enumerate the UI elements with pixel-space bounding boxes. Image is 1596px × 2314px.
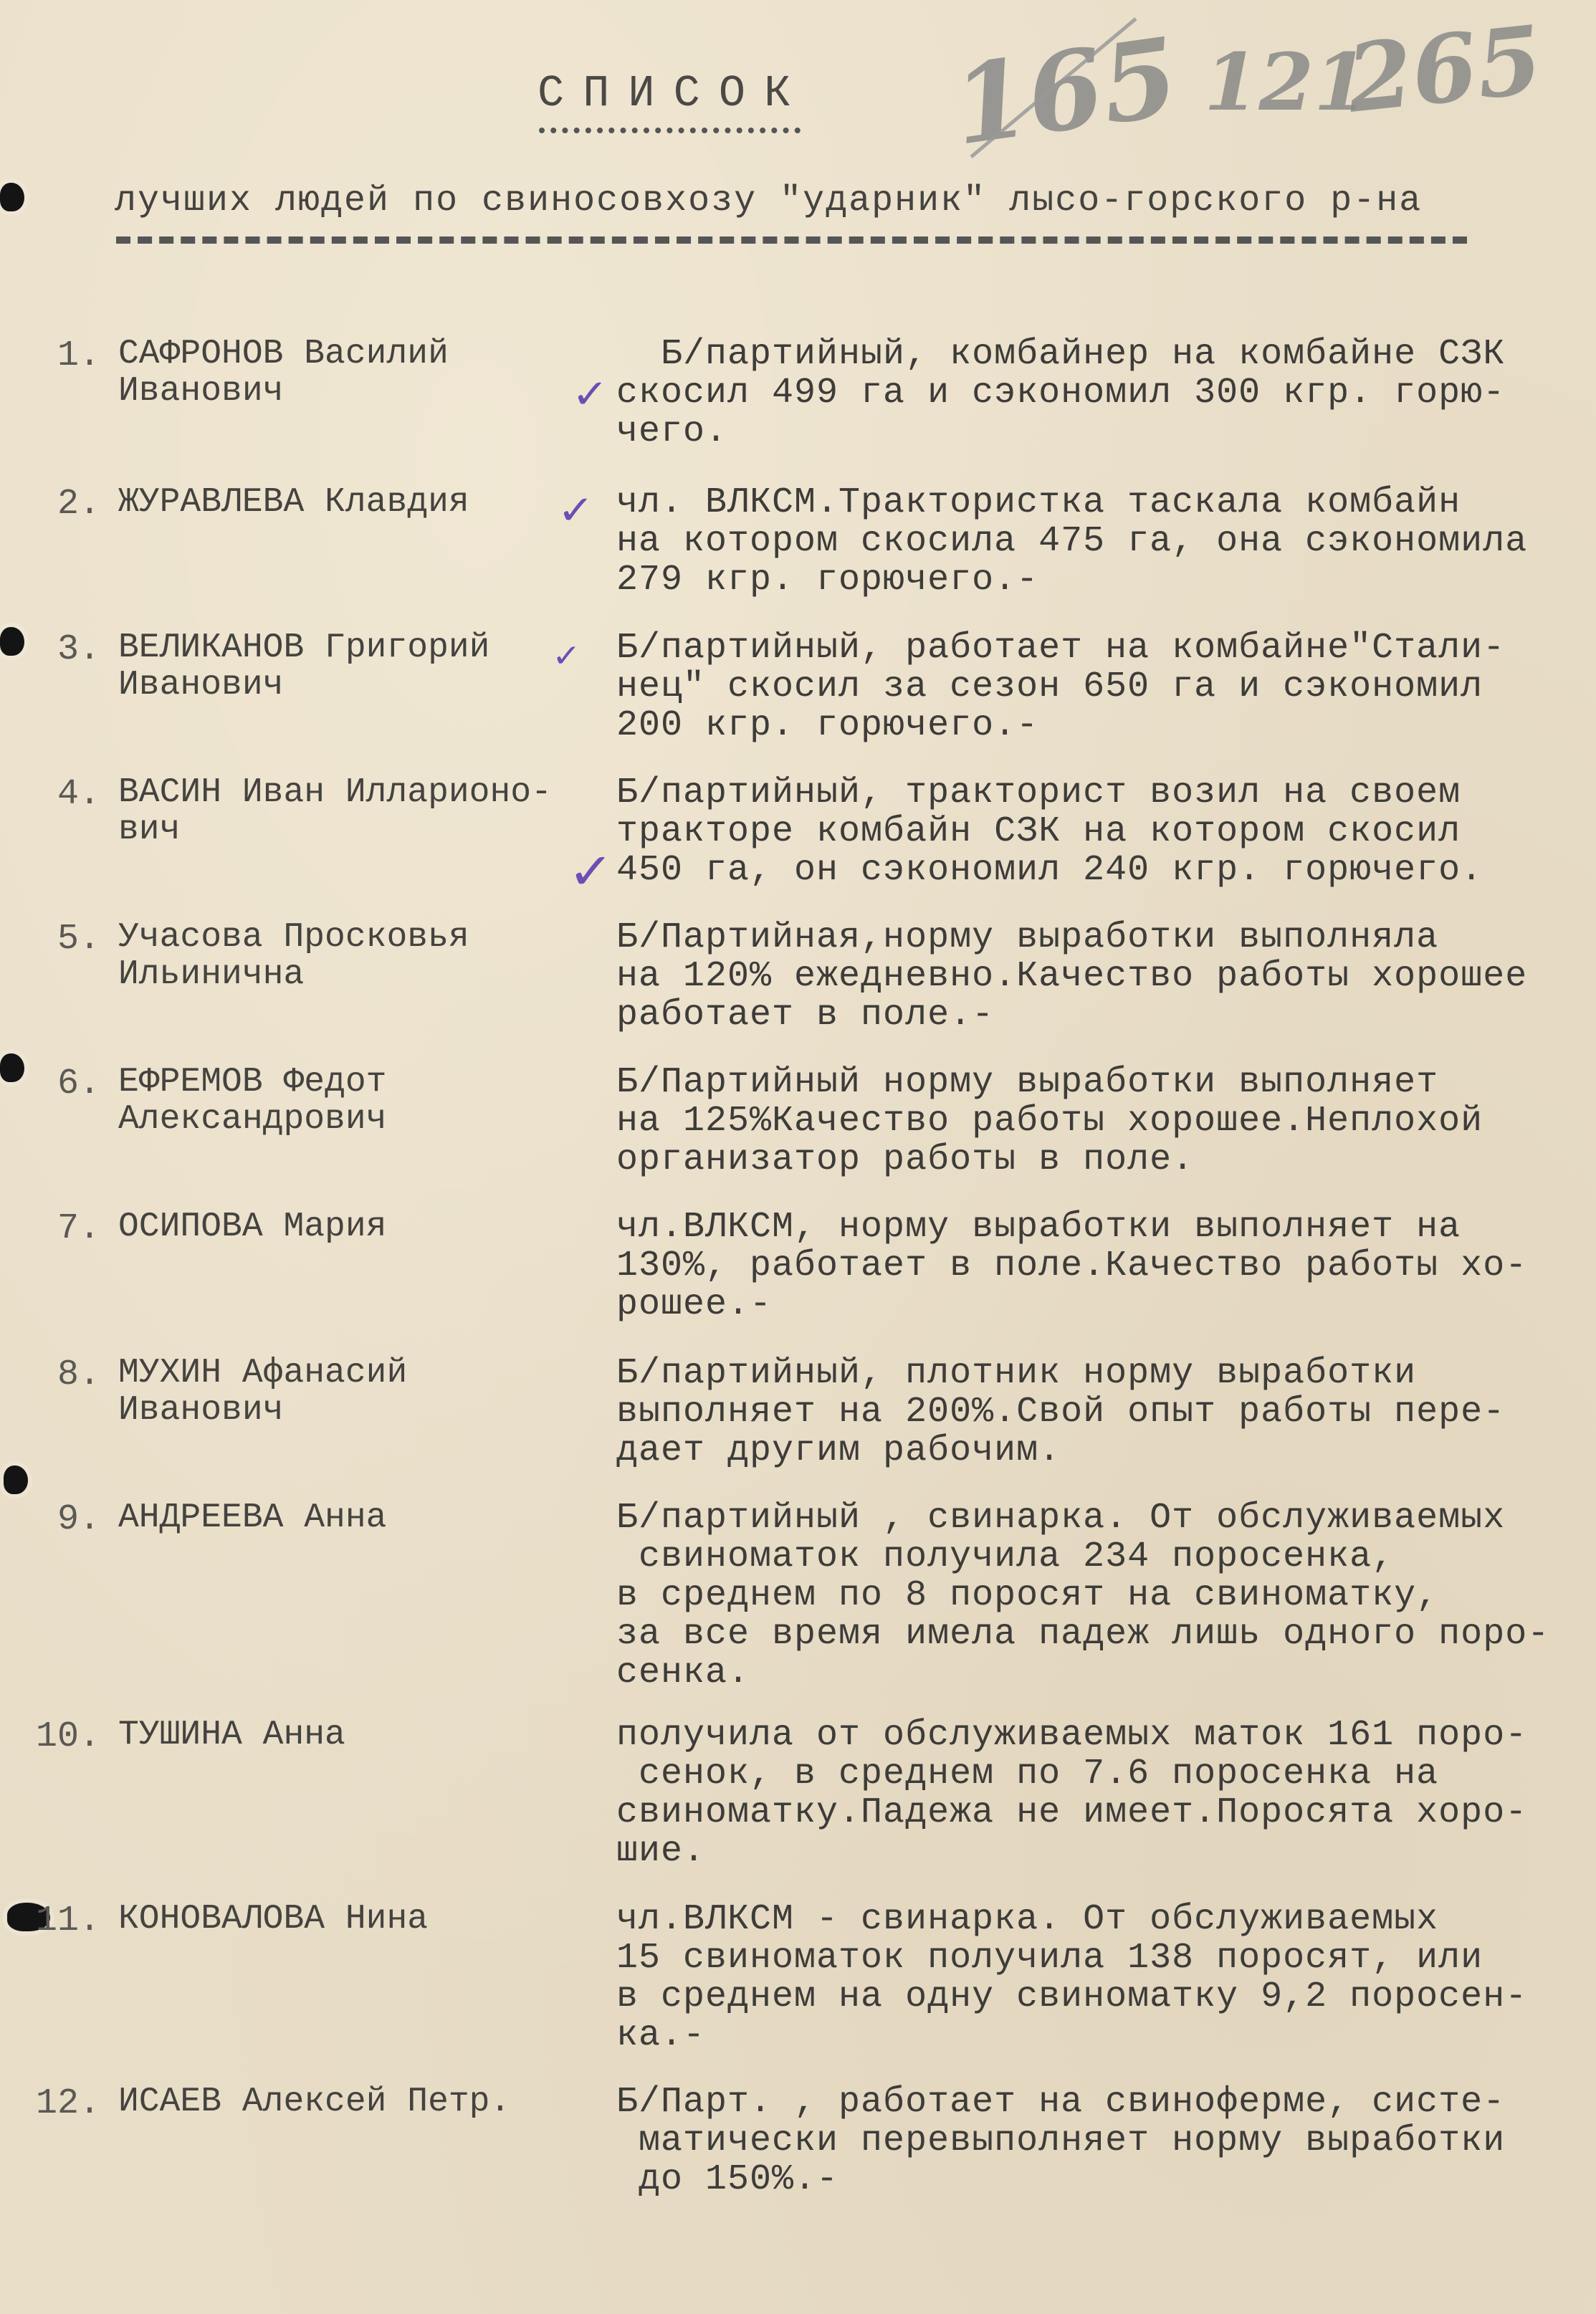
- entry-number: 7.: [0, 1208, 100, 1249]
- entry-number: 3.: [0, 629, 100, 670]
- subtitle-underline: [116, 236, 1467, 244]
- entry-name: ЖУРАВЛЕВА Клавдия: [118, 484, 620, 521]
- entry-number: 6.: [0, 1063, 100, 1104]
- entry-number: 8.: [0, 1354, 100, 1395]
- check-mark-icon: ✓: [568, 842, 614, 901]
- entry-name: ЕФРЕМОВ Федот Александрович: [118, 1063, 620, 1138]
- entry-name: ВЕЛИКАНОВ Григорий Иванович: [118, 629, 620, 704]
- title-underline: [539, 128, 801, 133]
- punch-hole: [0, 183, 24, 211]
- entry-description: Б/партийный , свинарка. От обслуживаемых…: [616, 1499, 1549, 1693]
- entry-description: Б/партийный, комбайнер на комбайне СЗК с…: [616, 335, 1505, 451]
- entry-number: 2.: [0, 484, 100, 525]
- entry-number: 4.: [0, 774, 100, 815]
- entry-description: Б/партийный, тракторист возил на своем т…: [616, 774, 1483, 890]
- entry-name: САФРОНОВ Василий Иванович: [118, 335, 620, 410]
- entry-name: ТУШИНА Анна: [118, 1716, 620, 1754]
- entry-number: 1.: [0, 335, 100, 376]
- entry-description: чл.ВЛКСМ - свинарка. От обслуживаемых 15…: [616, 1901, 1527, 2055]
- pencil-mark: 121: [1204, 36, 1369, 128]
- entry-name: МУХИН Афанасий Иванович: [118, 1354, 620, 1429]
- entry-number: 5.: [0, 919, 100, 960]
- entry-number: 12.: [0, 2083, 100, 2124]
- entry-name: ОСИПОВА Мария: [118, 1208, 620, 1246]
- entry-description: Б/Партийная,норму выработки выполняла на…: [616, 919, 1527, 1035]
- entry-description: Б/Партийный норму выработки выполняет на…: [616, 1063, 1483, 1180]
- check-mark-icon: ✓: [552, 638, 581, 674]
- entry-number: 11.: [0, 1901, 100, 1941]
- entry-description: Б/Парт. , работает на свиноферме, систе-…: [616, 2083, 1505, 2199]
- entry-name: ВАСИН Иван Илларионо- вич: [118, 774, 620, 848]
- entry-description: чл. ВЛКСМ.Трактористка таскала комбайн н…: [616, 484, 1527, 600]
- entry-number: 10.: [0, 1716, 100, 1757]
- check-mark-icon: ✓: [558, 487, 595, 534]
- document-title: СПИСОК: [537, 68, 809, 119]
- entry-name: ИСАЕВ Алексей Петр.: [118, 2083, 620, 2121]
- entry-description: чл.ВЛКСМ, норму выработки выполняет на 1…: [616, 1208, 1527, 1324]
- entry-description: Б/партийный, работает на комбайне"Стали-…: [616, 629, 1505, 745]
- entry-number: 9.: [0, 1499, 100, 1540]
- entry-name: АНДРЕЕВА Анна: [118, 1499, 620, 1536]
- pencil-mark: 265: [1342, 4, 1547, 134]
- entry-name: Учасова Просковья Ильинична: [118, 919, 620, 993]
- punch-hole: [4, 1466, 28, 1494]
- check-mark-icon: ✓: [572, 371, 609, 418]
- document-subtitle: лучших людей по свиносовхозу "ударник" л…: [115, 181, 1422, 221]
- entry-description: получила от обслуживаемых маток 161 поро…: [616, 1716, 1527, 1871]
- entry-name: КОНОВАЛОВА Нина: [118, 1901, 620, 1938]
- entry-description: Б/партийный, плотник норму выработки вып…: [616, 1354, 1505, 1471]
